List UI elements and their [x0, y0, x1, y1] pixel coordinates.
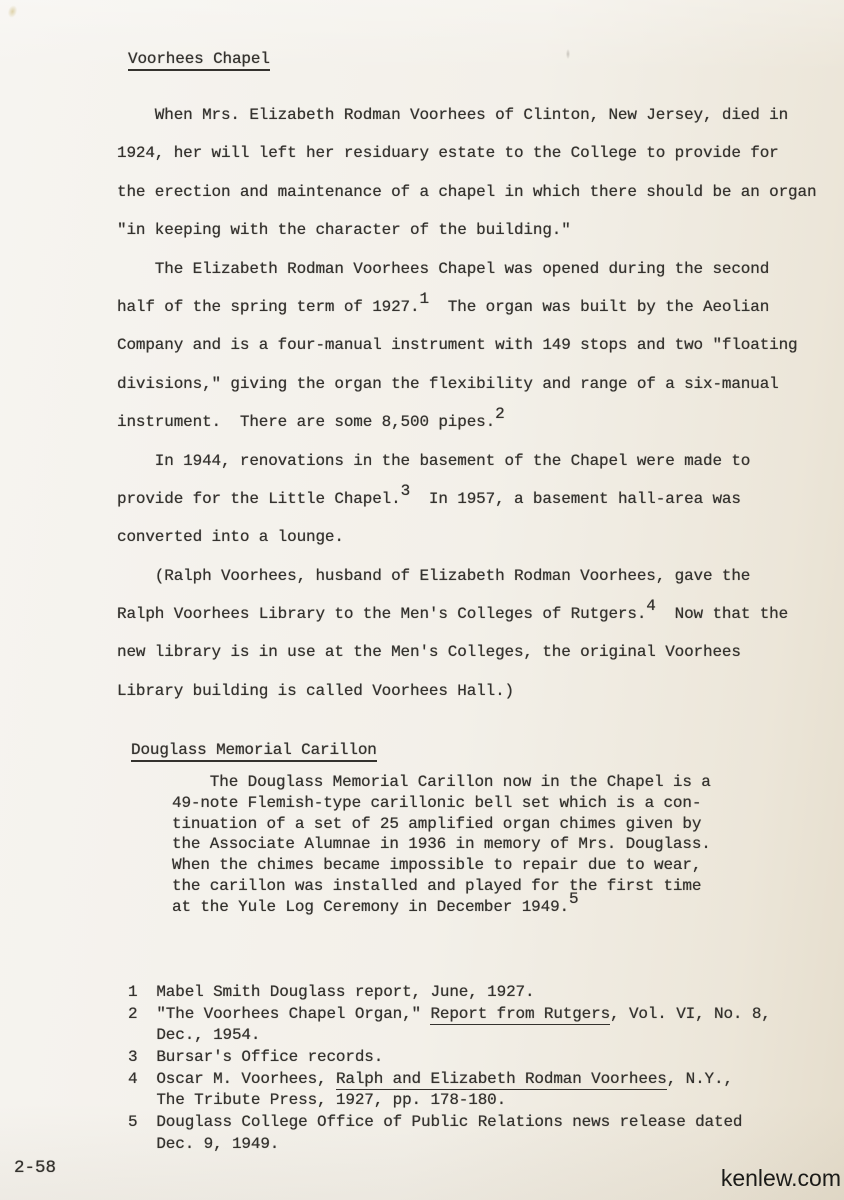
text-line: Library building is called Voorhees Hall…: [117, 672, 816, 710]
text-line: 5 Douglass College Office of Public Rela…: [128, 1112, 771, 1134]
text-line: "in keeping with the character of the bu…: [117, 211, 816, 249]
section-heading-voorhees-chapel-text: Voorhees Chapel: [128, 50, 270, 71]
text-line: 1 Mabel Smith Douglass report, June, 192…: [128, 982, 771, 1004]
text-line: In 1944, renovations in the basement of …: [117, 442, 816, 480]
text-line: 2 "The Voorhees Chapel Organ," Report fr…: [128, 1004, 771, 1026]
text-line: the Associate Alumnae in 1936 in memory …: [172, 834, 711, 855]
footnote-ref: 1: [419, 290, 428, 308]
blockquote-carillon: The Douglass Memorial Carillon now in th…: [172, 772, 711, 918]
footnotes: 1 Mabel Smith Douglass report, June, 192…: [128, 982, 771, 1156]
footnote-ref: 5: [569, 890, 578, 908]
paper-speck: [6, 4, 19, 19]
text-line: 49-note Flemish-type carillonic bell set…: [172, 793, 711, 814]
document-page: Voorhees Chapel When Mrs. Elizabeth Rodm…: [0, 0, 844, 1200]
text-line: Dec. 9, 1949.: [128, 1134, 771, 1156]
text-line: the carillon was installed and played fo…: [172, 876, 711, 897]
text-line: 4 Oscar M. Voorhees, Ralph and Elizabeth…: [128, 1069, 771, 1091]
footnote-ref: 4: [646, 597, 655, 615]
text-line: Dec., 1954.: [128, 1025, 771, 1047]
underlined-title: Report from Rutgers: [430, 1005, 610, 1025]
text-line: (Ralph Voorhees, husband of Elizabeth Ro…: [117, 557, 816, 595]
text-line: the erection and maintenance of a chapel…: [117, 173, 816, 211]
text-line: half of the spring term of 1927.1 The or…: [117, 288, 816, 326]
text-line: provide for the Little Chapel.3 In 1957,…: [117, 480, 816, 518]
paper-speck: [566, 49, 570, 59]
page-number: 2-58: [14, 1158, 56, 1178]
underlined-title: Ralph and Elizabeth Rodman Voorhees: [336, 1070, 667, 1090]
text-line: tinuation of a set of 25 amplified organ…: [172, 814, 711, 835]
text-line: The Elizabeth Rodman Voorhees Chapel was…: [117, 250, 816, 288]
text-line: instrument. There are some 8,500 pipes.2: [117, 403, 816, 441]
section-heading-douglass-memorial-carillon: Douglass Memorial Carillon: [131, 741, 377, 759]
text-line: 3 Bursar's Office records.: [128, 1047, 771, 1069]
text-line: The Tribute Press, 1927, pp. 178-180.: [128, 1090, 771, 1112]
text-line: at the Yule Log Ceremony in December 194…: [172, 897, 711, 918]
text-line: converted into a lounge.: [117, 518, 816, 556]
text-line: 1924, her will left her residuary estate…: [117, 134, 816, 172]
watermark: kenlew.com: [721, 1165, 841, 1192]
text-line: The Douglass Memorial Carillon now in th…: [172, 772, 711, 793]
section-heading-voorhees-chapel: Voorhees Chapel: [128, 50, 270, 68]
text-line: When Mrs. Elizabeth Rodman Voorhees of C…: [117, 96, 816, 134]
text-line: Company and is a four-manual instrument …: [117, 326, 816, 364]
section-heading-douglass-memorial-carillon-text: Douglass Memorial Carillon: [131, 741, 377, 762]
body-text-voorhees-chapel: When Mrs. Elizabeth Rodman Voorhees of C…: [117, 96, 816, 710]
text-line: divisions," giving the organ the flexibi…: [117, 365, 816, 403]
text-line: Ralph Voorhees Library to the Men's Coll…: [117, 595, 816, 633]
footnote-ref: 2: [495, 405, 504, 423]
text-line: When the chimes became impossible to rep…: [172, 855, 711, 876]
footnote-ref: 3: [401, 482, 410, 500]
text-line: new library is in use at the Men's Colle…: [117, 633, 816, 671]
